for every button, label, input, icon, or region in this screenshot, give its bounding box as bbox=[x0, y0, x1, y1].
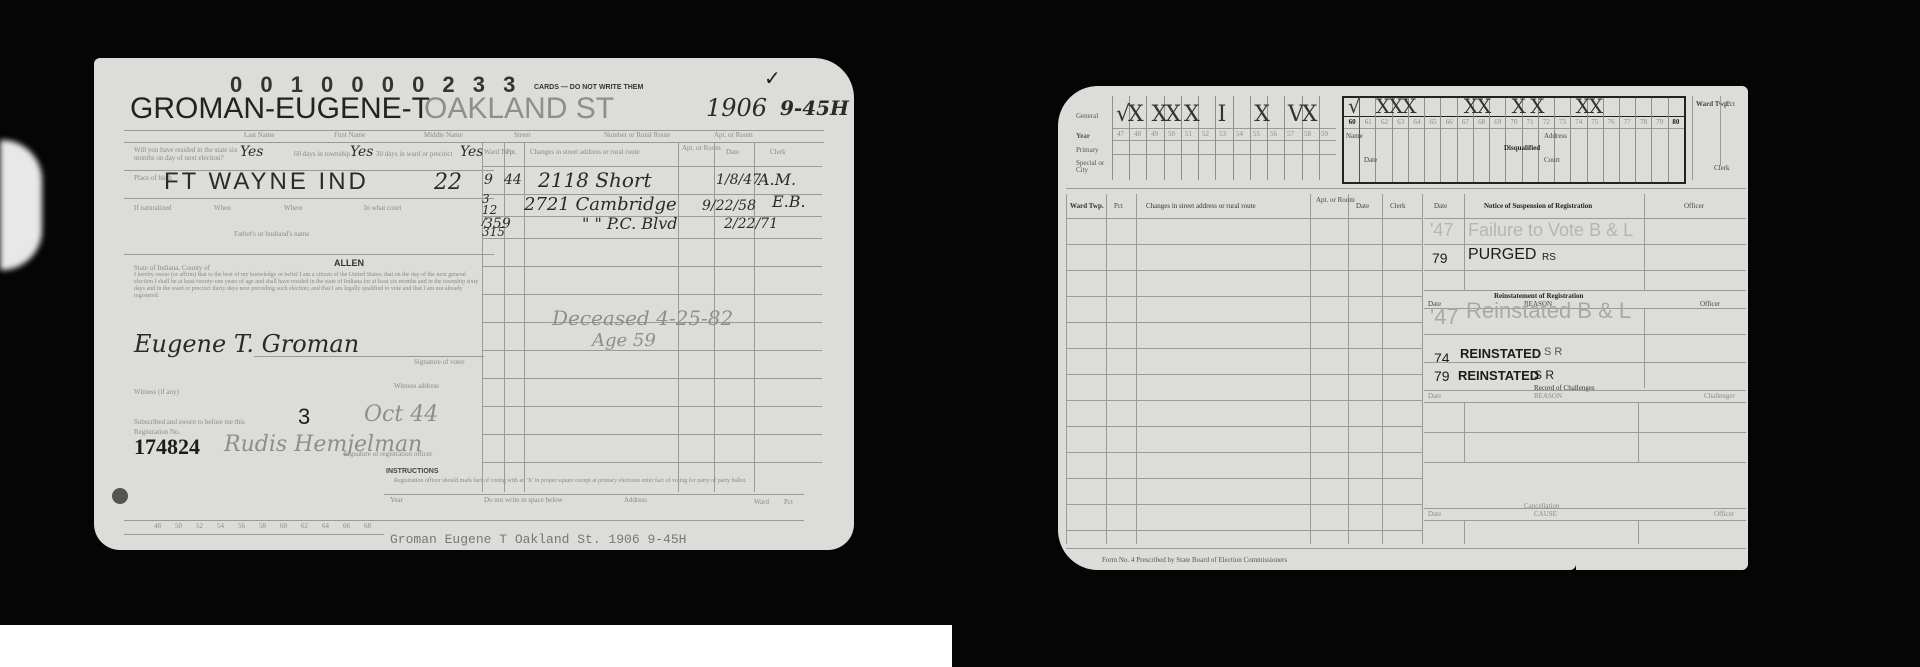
col-apt: Apt. or Room bbox=[682, 144, 721, 152]
row1-ward: 9 bbox=[484, 172, 493, 188]
vote-marks-right: √ XXX XX X X XX bbox=[1348, 94, 1602, 118]
row1-clerk: A.M. bbox=[758, 170, 796, 189]
county: ALLEN bbox=[334, 258, 364, 268]
card-back-content: General Year Primary Special or City 47 … bbox=[1066, 96, 1746, 566]
label-witness: Witness (if any) bbox=[134, 388, 179, 396]
year-tick: 68 bbox=[364, 522, 371, 530]
registration-number: 174824 bbox=[134, 434, 200, 460]
reinstatement-2-text: REINSTATED bbox=[1460, 346, 1541, 361]
label-year: Year bbox=[390, 496, 403, 504]
label-address: Address bbox=[1544, 132, 1567, 140]
voter-name: GROMAN-EUGENE-T bbox=[130, 92, 430, 126]
residence-answer-3: Yes bbox=[460, 144, 484, 160]
label-ward-twp: Ward Twp. bbox=[1696, 100, 1730, 108]
reinstatement-2-date: 74 bbox=[1434, 350, 1450, 366]
row3-address: " " P.C. Blvd bbox=[582, 214, 678, 233]
suspension-1-date: '47 bbox=[1430, 220, 1453, 241]
year-tick: 50 bbox=[175, 522, 182, 530]
col-date: Date bbox=[1356, 202, 1369, 210]
voting-grid-right: 60 61 62 63 64 65 66 67 68 69 70 71 72 7… bbox=[1342, 96, 1686, 184]
label-witness-address: Witness address bbox=[394, 382, 439, 390]
label-county: State of Indiana, County of bbox=[134, 264, 210, 272]
place-of-birth: FT WAYNE IND bbox=[164, 168, 369, 196]
header-notice: CARDS — DO NOT WRITE THEM bbox=[534, 84, 643, 91]
label-court: In what court bbox=[364, 204, 401, 212]
voting-grid-left: 47 48 49 50 51 52 53 54 55 56 57 58 59 √… bbox=[1112, 96, 1336, 180]
reinstatement-3-initials: S R bbox=[1534, 368, 1554, 382]
year-ticks: 48 50 52 54 56 58 60 62 64 66 68 bbox=[154, 520, 384, 532]
label-apt: Apt. or Room bbox=[714, 131, 753, 139]
street-name: OAKLAND ST bbox=[424, 92, 614, 126]
row2-address: 2721 Cambridge bbox=[524, 194, 677, 215]
row3-date: 2/22/71 bbox=[724, 216, 778, 232]
residence-question: Will you have resided in the state six m… bbox=[134, 146, 244, 162]
year-tick: 60 bbox=[280, 522, 287, 530]
house-number: 1906 bbox=[706, 94, 767, 122]
suspension-col-date: Date bbox=[1434, 202, 1447, 210]
label-middle-name: Middle Name bbox=[424, 131, 463, 139]
residence-answer-1: Yes bbox=[240, 144, 264, 160]
label-last-name: Last Name bbox=[244, 131, 275, 139]
label-signature: Signature of voter bbox=[414, 358, 465, 366]
label-do-not-write: Do not write in space below bbox=[484, 496, 563, 504]
label-street: Street bbox=[514, 131, 530, 139]
row2-date: 9/22/58 bbox=[702, 198, 756, 214]
label-where: Where bbox=[284, 204, 303, 212]
oath-text: I hereby swear (or affirm) that to the b… bbox=[134, 272, 484, 300]
checkmark-icon: ✓ bbox=[764, 66, 781, 91]
changes-table: Ward Twp. Pct. Changes in street address… bbox=[482, 142, 822, 492]
cancellation-col-cause: CAUSE bbox=[1534, 510, 1557, 518]
label-pct: Pct bbox=[784, 498, 793, 506]
row1-pct: 44 bbox=[504, 172, 522, 188]
label-disqualified: Disqualified bbox=[1504, 144, 1540, 152]
challenges-col-date: Date bbox=[1428, 392, 1441, 400]
cancellation-col-officer: Officer bbox=[1714, 510, 1734, 518]
precinct-code: 9-45H bbox=[780, 96, 849, 120]
label-date: Date bbox=[1364, 156, 1377, 164]
col-changes: Changes in street address or rural route bbox=[530, 148, 640, 156]
row1-address: 2118 Short bbox=[538, 168, 651, 192]
year-tick: 54 bbox=[217, 522, 224, 530]
label-when: When bbox=[214, 204, 231, 212]
label-registrar: Signature of registration officer bbox=[344, 450, 432, 458]
suspension-1-text: Failure to Vote B & L bbox=[1468, 220, 1633, 241]
row3-ward: 359 bbox=[484, 216, 511, 232]
label-number: Number or Rural Route bbox=[604, 131, 670, 139]
year-tick: 48 bbox=[154, 522, 161, 530]
punch-hole bbox=[112, 488, 128, 504]
label-30-days: 30 days in ward or precinct bbox=[376, 150, 452, 158]
reinstatement-2-initials: S R bbox=[1544, 346, 1562, 358]
year-tick: 64 bbox=[322, 522, 329, 530]
label-60-days: 60 days in township bbox=[294, 150, 350, 158]
row-primary: Primary bbox=[1076, 146, 1099, 154]
label-ward: Ward bbox=[754, 498, 769, 506]
label-naturalized: If naturalized bbox=[134, 204, 172, 212]
suspension-title: Notice of Suspension of Registration bbox=[1484, 202, 1592, 210]
reinstatement-1-text: Reinstated B & L bbox=[1466, 298, 1631, 324]
col-pct: Pct bbox=[1114, 202, 1123, 210]
vote-marks-left: √X XX X I X VX bbox=[1116, 102, 1315, 127]
challenges-col-reason: REASON bbox=[1534, 392, 1562, 400]
cancellation-col-date: Date bbox=[1428, 510, 1441, 518]
suspension-2-text: PURGED bbox=[1468, 246, 1536, 264]
typed-footer: Groman Eugene T Oakland St. 1906 9-45H bbox=[390, 532, 686, 547]
challenges-col-challenger: Challenger bbox=[1704, 392, 1735, 400]
row-special: Special or City bbox=[1076, 160, 1106, 174]
col-clerk: Clerk bbox=[770, 148, 786, 156]
reinstatement-1-date: '47 bbox=[1430, 304, 1459, 330]
col-date: Date bbox=[726, 148, 739, 156]
row-year: Year bbox=[1076, 132, 1090, 140]
col-changes: Changes in street address or rural route bbox=[1146, 202, 1256, 210]
label-name: Name bbox=[1346, 132, 1363, 140]
deceased-note: Deceased 4-25-82 bbox=[552, 306, 733, 330]
changes-table-back: Ward Twp. Pct Changes in street address … bbox=[1066, 194, 1422, 544]
year-tick: 62 bbox=[301, 522, 308, 530]
instructions-title: INSTRUCTIONS bbox=[386, 468, 439, 475]
year-tick: 52 bbox=[196, 522, 203, 530]
col-ward: Ward Twp. bbox=[1070, 202, 1104, 210]
col-apt: Apt. or Room bbox=[1316, 196, 1355, 204]
label-pct: Pct bbox=[1726, 100, 1735, 108]
form-footer: Form No. 4 Prescribed by State Board of … bbox=[1102, 556, 1287, 564]
suspension-2-date: 79 bbox=[1432, 250, 1448, 266]
reinstatement-3-date: 79 bbox=[1434, 368, 1450, 384]
label-court: Court bbox=[1544, 156, 1560, 164]
subscribed-date: Oct 44 bbox=[364, 402, 438, 427]
label-subscribed: Subscribed and sworn to before me this bbox=[134, 418, 245, 426]
suspension-col-officer: Officer bbox=[1684, 202, 1704, 210]
label-father: Father's or husband's name bbox=[234, 230, 309, 238]
row2-clerk: E.B. bbox=[772, 192, 806, 211]
year-tick: 66 bbox=[343, 522, 350, 530]
scan-artifact bbox=[0, 140, 42, 270]
year-tick: 56 bbox=[238, 522, 245, 530]
registration-card-front: 0 0 1 0 0 0 0 2 3 3 CARDS — DO NOT WRITE… bbox=[94, 58, 854, 550]
age: 22 bbox=[434, 170, 462, 195]
row-general: General bbox=[1076, 112, 1098, 120]
label-address: Address bbox=[624, 496, 647, 504]
row1-date: 1/8/47 bbox=[716, 172, 761, 188]
voter-signature: Eugene T. Groman bbox=[134, 330, 359, 358]
subscribed-day: 3 bbox=[298, 404, 310, 430]
label-clerk: Clerk bbox=[1714, 164, 1730, 172]
residence-answer-2: Yes bbox=[350, 144, 374, 160]
status-sections: Date Notice of Suspension of Registratio… bbox=[1424, 194, 1746, 544]
col-clerk: Clerk bbox=[1390, 202, 1406, 210]
suspension-2-initials: RS bbox=[1542, 252, 1556, 263]
col-pct: Pct. bbox=[506, 148, 517, 156]
year-tick: 58 bbox=[259, 522, 266, 530]
age-note: Age 59 bbox=[592, 330, 656, 351]
reinstatement-col-officer: Officer bbox=[1700, 300, 1720, 308]
label-first-name: First Name bbox=[334, 131, 365, 139]
scan-blank-region bbox=[0, 625, 952, 667]
reinstatement-3-text: REINSTATED bbox=[1458, 368, 1539, 383]
